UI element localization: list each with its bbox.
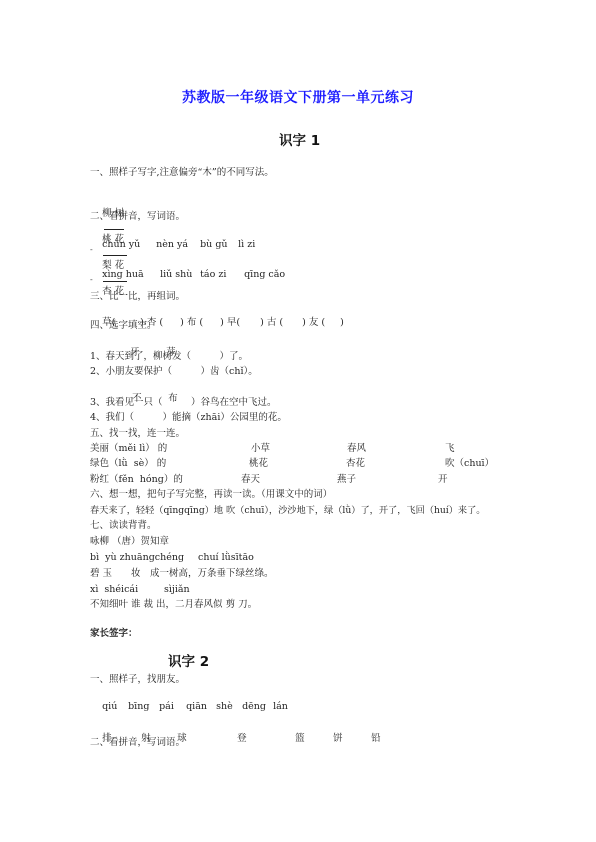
q3-label: 三、比一比，再组词。	[90, 291, 185, 303]
poem-pinyin-1b: chuí lǜsītāo	[198, 552, 254, 564]
q4-sentence-2: 2、小朋友要保护（ ）齿（chǐ）。	[90, 366, 258, 378]
match-col3-item: 春风	[347, 443, 366, 455]
match-char: 饼	[333, 733, 371, 745]
poem-title: 咏柳 （唐）贺知章	[90, 536, 169, 548]
pinyin-item: qiú	[102, 701, 128, 713]
compare-char: ) 友 (	[302, 317, 340, 329]
match-col3-item: 燕子	[337, 474, 356, 486]
document-title: 苏教版一年级语文下册第一单元练习	[0, 87, 596, 107]
section-heading-2: 识字 2	[168, 650, 209, 670]
match-col1-item: 绿色（lǜ sè） 的	[90, 458, 166, 470]
pinyin-item: bù gǔ	[200, 239, 238, 251]
compare-char: ) 古 (	[260, 317, 302, 329]
poem-line-1: 碧 玉 妆 成一树高，万条垂下绿丝绦。	[90, 568, 274, 580]
pinyin-item: chūn yǔ	[102, 239, 156, 251]
match-col4-item: 吹（chuī）	[445, 458, 494, 470]
match-col2-item: 小草	[251, 443, 270, 455]
q5-label: 五、找一找，连一连。	[90, 428, 185, 440]
compare-char: ) 布 (	[180, 317, 220, 329]
q4-sentence-3: 3、我看见一只（ ）谷鸟在空中飞过。	[90, 397, 277, 409]
pinyin-item: táo zi	[200, 269, 244, 281]
match-col2-item: 桃花	[249, 458, 268, 470]
pinyin-item: qīng cǎo	[244, 269, 285, 280]
q7-label: 七、读读背背。	[90, 520, 157, 532]
match-col2-item: 春天	[241, 474, 260, 486]
match-col4-item: 开	[438, 474, 448, 486]
pinyin-item: nèn yá	[156, 239, 200, 251]
q4-sentence-1: 1、春天到了，柳树发（ ）了。	[90, 351, 248, 363]
compare-char: ) 早(	[220, 317, 260, 329]
q4-sentence-4: 4、我们（ ）能摘（zhāi）公园里的花。	[90, 412, 287, 424]
pinyin-item: shè	[216, 701, 242, 713]
pinyin-item: lán	[273, 701, 288, 712]
match-char: 篮	[295, 733, 333, 745]
q4-label: 四、选字填空。	[90, 320, 157, 332]
poem-pinyin-2b: sìjiǎn	[164, 584, 190, 596]
poem-pinyin-2a: xì shéicái	[90, 584, 138, 596]
pinyin-item: xìng huā	[102, 269, 160, 281]
write-line-dash: -	[90, 246, 93, 254]
write-line-dash: -	[90, 276, 93, 284]
pinyin-item: dēng	[242, 701, 273, 713]
pinyin-item: qiān	[186, 701, 216, 713]
parent-signature-label: 家长签字：	[90, 628, 138, 640]
match-col1-item: 粉红（fěn hóng）的	[90, 474, 183, 486]
pinyin-item: lì zi	[238, 239, 255, 250]
match-char: 球	[177, 733, 237, 745]
pinyin-item: liǔ shù	[160, 269, 200, 281]
q2-label: 二、看拼音，写词语。	[90, 211, 185, 223]
s2-q1-label: 一、照样子，找朋友。	[90, 674, 185, 686]
q6-sentence: 春天来了，轻轻（qīngqīng）地 吹（chuī），沙沙地下，绿（lǜ）了，开…	[90, 505, 485, 517]
match-char: 登	[237, 733, 295, 745]
match-col4-item: 飞	[445, 443, 455, 455]
q6-label: 六、想一想，把句子写完整，再读一读。（用课文中的词）	[90, 489, 332, 501]
s2-q2-label: 二、看拼音，写词语。	[90, 737, 185, 749]
poem-pinyin-1a: bì yù zhuāngchéng	[90, 552, 184, 564]
worksheet-page: 苏教版一年级语文下册第一单元练习 识字 1 一、照样子写字,注意偏旁“木”的不同…	[0, 0, 596, 842]
q1-label: 一、照样子写字,注意偏旁“木”的不同写法。	[90, 167, 274, 179]
compare-char: )	[340, 317, 344, 328]
match-col1-item: 美丽（měi lì） 的	[90, 443, 167, 455]
s2-pinyin-row: qiúbīngpáiqiānshèdēnglán	[90, 689, 288, 725]
poem-line-2: 不知细叶 谁 裁 出，二月春风似 剪 刀。	[90, 599, 257, 611]
match-char: 铅	[371, 733, 381, 744]
pinyin-item: bīng	[128, 701, 159, 713]
section-heading-1: 识字 1	[279, 129, 320, 149]
pinyin-item: pái	[159, 701, 186, 713]
match-col3-item: 杏花	[346, 458, 365, 470]
pinyin-row-2-items: xìng huāliǔ shùtáo ziqīng cǎo	[90, 257, 285, 293]
